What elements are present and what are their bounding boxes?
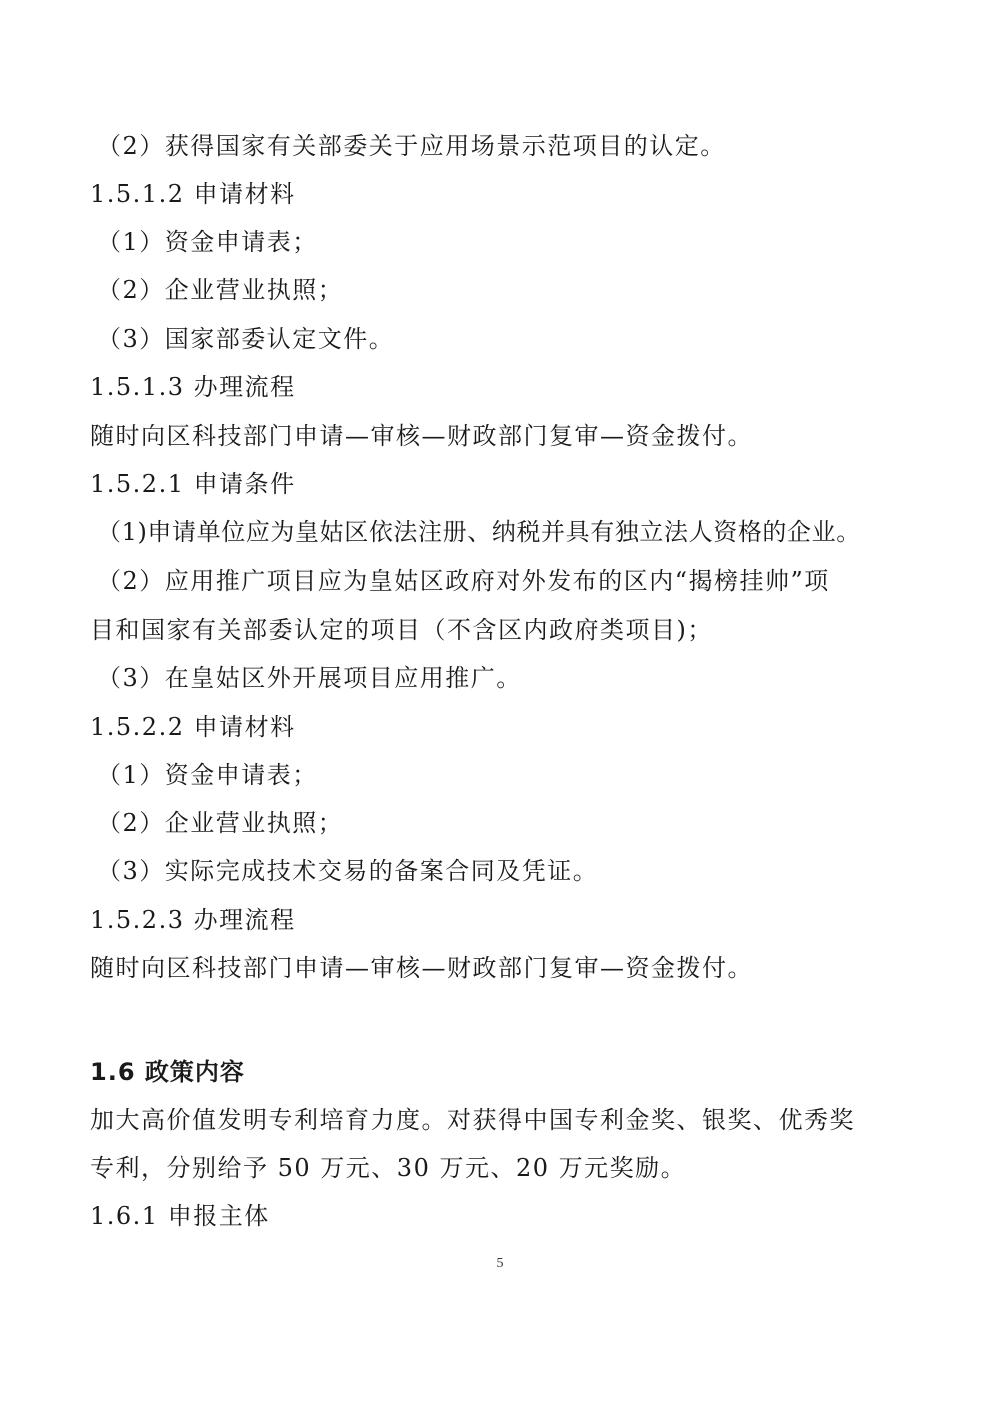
list-item-business-license: （2）企业营业执照； [97, 275, 343, 305]
list-item-ministry-documents: （3）国家部委认定文件。 [97, 324, 394, 354]
list-item-promotion-project: （2）应用推广项目应为皇姑区政府对外发布的区内“揭榜挂帅”项 [97, 566, 830, 596]
page-number: 5 [0, 1256, 1000, 1272]
subheading-1-5-2-3: 1.5.2.3 办理流程 [90, 905, 296, 935]
list-item-outside-district: （3）在皇姑区外开展项目应用推广。 [97, 663, 522, 693]
list-item-scenario-recognition: （2）获得国家有关部委关于应用场景示范项目的认定。 [97, 131, 726, 161]
process-paragraph-2: 随时向区科技部门申请—审核—财政部门复审—资金拨付。 [90, 953, 753, 983]
list-item-business-license-2: （2）企业营业执照； [97, 808, 343, 838]
process-paragraph-1: 随时向区科技部门申请—审核—财政部门复审—资金拨付。 [90, 421, 753, 451]
subheading-1-5-1-2: 1.5.1.2 申请材料 [90, 179, 296, 209]
policy-paragraph-line-2: 专利，分别给予 50 万元、30 万元、20 万元奖励。 [90, 1153, 686, 1183]
subheading-1-6-1: 1.6.1 申报主体 [90, 1201, 270, 1231]
document-page: （2）获得国家有关部委关于应用场景示范项目的认定。 1.5.1.2 申请材料 （… [0, 0, 1000, 1413]
paragraph-continuation: 目和国家有关部委认定的项目（不含区内政府类项目)； [90, 615, 713, 645]
subheading-1-5-2-2: 1.5.2.2 申请材料 [90, 712, 296, 742]
list-item-applicant-requirement: （1)申请单位应为皇姑区依法注册、纳税并具有独立法人资格的企业。 [97, 517, 861, 547]
subheading-1-5-2-1: 1.5.2.1 申请条件 [90, 469, 296, 499]
subheading-1-5-1-3: 1.5.1.3 办理流程 [90, 372, 296, 402]
list-item-contracts-vouchers: （3）实际完成技术交易的备案合同及凭证。 [97, 856, 598, 886]
list-item-fund-application-form-2: （1）资金申请表； [97, 760, 318, 790]
list-item-fund-application-form: （1）资金申请表； [97, 227, 318, 257]
section-heading-1-6: 1.6 政策内容 [90, 1057, 245, 1087]
policy-paragraph-line-1: 加大高价值发明专利培育力度。对获得中国专利金奖、银奖、优秀奖 [90, 1105, 855, 1135]
